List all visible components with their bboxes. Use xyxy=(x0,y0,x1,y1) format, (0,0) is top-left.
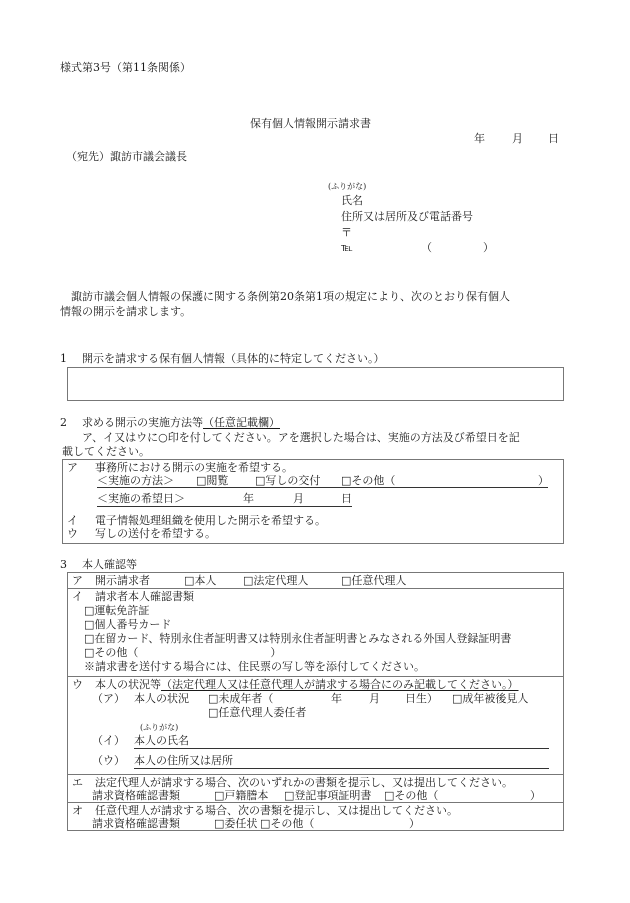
legal-agent-other-checkbox[interactable]: □その他（ xyxy=(384,789,438,802)
minor-birth-day[interactable]: 日生） xyxy=(405,692,438,705)
option-u-label: 写しの送付を希望する。 xyxy=(95,527,216,540)
principal-status-heading: 本人の状況等（法定代理人又は任意代理人が請求する場合にのみ記載してください。） xyxy=(95,678,519,691)
legal-agent-label: 法定代理人が請求する場合、次のいずれかの書類を提示し、又は提出してください。 xyxy=(95,776,513,789)
section-3-heading: 本人確認等 xyxy=(82,558,137,571)
page-title: 保有個人情報開示請求書 xyxy=(250,117,371,130)
principal-status-label: 本人の状況等 xyxy=(95,678,161,691)
principal-address-label: 本人の住所又は居所 xyxy=(134,754,233,767)
voluntary-agent-label: 任意代理人が請求する場合、次の書類を提示し、又は提出してください。 xyxy=(95,804,458,817)
requester-self-checkbox[interactable]: □本人 xyxy=(184,574,216,587)
divider xyxy=(67,774,564,775)
legal-agent-mark: エ xyxy=(72,776,83,789)
principal-address-field[interactable] xyxy=(134,768,549,769)
desired-date-day[interactable]: 日 xyxy=(341,492,352,505)
requester-label: 開示請求者 xyxy=(95,574,150,587)
method-checkbox-copy[interactable]: □写しの交付 xyxy=(255,474,320,487)
method-underline xyxy=(97,487,548,488)
section-2-instruction-2: 載してください。 xyxy=(62,445,150,458)
voluntary-agent-docs-label: 請求資格確認書類 xyxy=(92,817,180,830)
section-2-number: 2 xyxy=(60,416,67,429)
minor-checkbox[interactable]: □未成年者（ xyxy=(208,692,273,705)
date-month-label: 月 xyxy=(512,132,523,145)
adult-ward-checkbox[interactable]: □成年被後見人 xyxy=(452,692,528,705)
section-2-heading-text: 求める開示の実施方法等 xyxy=(82,416,203,429)
section-2-heading: 求める開示の実施方法等（任意記載欄） xyxy=(82,416,280,429)
principal-address-mark: （ウ） xyxy=(92,754,125,767)
method-checkbox-other[interactable]: □その他（ xyxy=(341,474,395,487)
tel-paren-close: ） xyxy=(483,241,494,254)
option-a-label: 事務所における開示の実施を希望する。 xyxy=(95,461,293,474)
legal-agent-docs-label: 請求資格確認書類 xyxy=(92,789,180,802)
principal-furigana-label: (ふりがな) xyxy=(140,723,178,732)
section-2-instruction-1: ア、イ又はウに○印を付してください。アを選択した場合は、実施の方法及び希望日を記 xyxy=(82,431,520,444)
option-i-label: 電子情報処理組織を使用した開示を希望する。 xyxy=(95,514,326,527)
principal-condition-label: 本人の状況 xyxy=(134,692,189,705)
section-1-number: 1 xyxy=(60,352,67,365)
divider xyxy=(67,676,564,677)
tel-label: ℡ xyxy=(341,241,353,254)
option-a-mark[interactable]: ア xyxy=(67,461,78,474)
divider xyxy=(67,588,564,589)
option-i-mark[interactable]: イ xyxy=(67,514,78,527)
id-my-number-card-checkbox[interactable]: □個人番号カード xyxy=(84,618,171,631)
principal-condition-mark: （ア） xyxy=(92,692,125,705)
applicant-address-label: 住所又は居所及び電話番号 xyxy=(341,210,473,223)
requested-info-field[interactable] xyxy=(67,367,564,401)
id-drivers-license-checkbox[interactable]: □運転免許証 xyxy=(84,604,149,617)
id-documents-note: ※請求書を送付する場合には、住民票の写し等を添付してください。 xyxy=(84,660,425,673)
addressee: （宛先）諏訪市議会議長 xyxy=(66,150,187,163)
voluntary-agent-other-close: ） xyxy=(409,817,420,830)
intro-line-2: 情報の開示を請求します。 xyxy=(60,305,191,318)
principal-status-mark: ウ xyxy=(72,678,83,691)
section-3-number: 3 xyxy=(60,558,67,571)
postal-mark: 〒 xyxy=(341,226,352,239)
registry-certificate-checkbox[interactable]: □登記事項証明書 xyxy=(284,789,371,802)
minor-birth-month[interactable]: 月 xyxy=(369,692,380,705)
voluntary-agent-other-checkbox[interactable]: □その他（ xyxy=(260,817,314,830)
voluntary-agent-mark: オ xyxy=(72,804,83,817)
delegator-checkbox[interactable]: □任意代理人委任者 xyxy=(208,706,306,719)
desired-date-year[interactable]: 年 xyxy=(243,492,254,505)
power-of-attorney-checkbox[interactable]: □委任状 xyxy=(214,817,257,830)
desired-date-month[interactable]: 月 xyxy=(293,492,304,505)
legal-agent-other-close: ） xyxy=(530,789,541,802)
minor-birth-year[interactable]: 年 xyxy=(331,692,342,705)
tel-paren-open: （ xyxy=(421,241,432,254)
method-other-close: ） xyxy=(538,474,549,487)
principal-status-note: （法定代理人又は任意代理人が請求する場合にのみ記載してください。） xyxy=(161,678,519,691)
date-year-label: 年 xyxy=(474,132,485,145)
desired-date-label: ＜実施の希望日＞ xyxy=(97,492,185,505)
method-label: ＜実施の方法＞ xyxy=(97,474,174,487)
applicant-name-label: 氏名 xyxy=(341,194,363,207)
requester-voluntary-agent-checkbox[interactable]: □任意代理人 xyxy=(341,574,406,587)
id-other-checkbox[interactable]: □その他（ ） xyxy=(84,646,281,659)
desired-date-underline xyxy=(97,506,352,507)
method-checkbox-view[interactable]: □閲覧 xyxy=(196,474,228,487)
principal-name-field[interactable] xyxy=(134,748,549,749)
id-residence-card-checkbox[interactable]: □在留カード、特別永住者証明書又は特別永住者証明書とみなされる外国人登録証明書 xyxy=(84,632,511,645)
id-documents-mark: イ xyxy=(72,590,83,603)
form-number: 様式第3号（第11条関係） xyxy=(60,61,191,74)
principal-name-mark: （イ） xyxy=(92,734,125,747)
applicant-furigana-label: (ふりがな) xyxy=(328,182,366,191)
date-day-label: 日 xyxy=(548,132,559,145)
section-1-heading: 開示を請求する保有個人情報（具体的に特定してください。） xyxy=(82,352,385,365)
requester-mark: ア xyxy=(72,574,83,587)
requester-legal-agent-checkbox[interactable]: □法定代理人 xyxy=(243,574,308,587)
intro-line-1: 諏訪市議会個人情報の保護に関する条例第20条第1項の規定により、次のとおり保有個… xyxy=(60,290,510,303)
section-2-heading-note: （任意記載欄） xyxy=(203,416,280,429)
id-documents-label: 請求者本人確認書類 xyxy=(95,590,194,603)
option-u-mark[interactable]: ウ xyxy=(67,527,78,540)
divider xyxy=(67,802,564,803)
principal-name-label: 本人の氏名 xyxy=(134,734,189,747)
family-register-checkbox[interactable]: □戸籍謄本 xyxy=(214,789,268,802)
